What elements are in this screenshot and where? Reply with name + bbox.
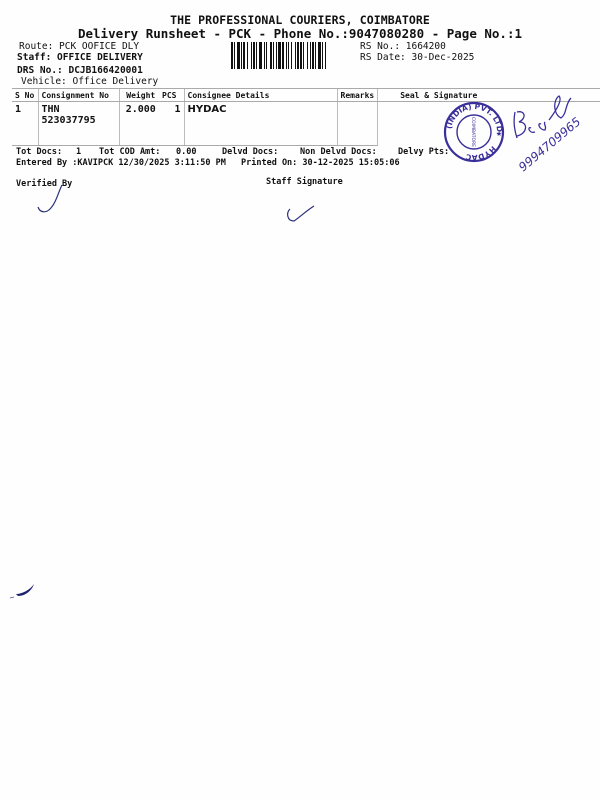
barcode: [231, 42, 358, 69]
ink-mark-icon: [8, 580, 38, 602]
delvy-pts-label: Delvy Pts:: [398, 147, 449, 157]
staff-signature-label: Staff Signature: [266, 177, 343, 187]
svg-text:9994709965: 9994709965: [516, 114, 583, 174]
tot-docs-label: Tot Docs:: [16, 147, 62, 157]
company-title: THE PROFESSIONAL COURIERS, COIMBATORE: [0, 13, 600, 27]
col-consignee-details: Consignee Details: [184, 89, 337, 102]
rs-number: RS No.: 1664200: [360, 41, 446, 52]
col-s-no: S No: [12, 89, 38, 102]
handwritten-signature-icon: 9994709965: [505, 92, 600, 177]
col-pcs: PCS: [162, 89, 184, 102]
rs-date: RS Date: 30-Dec-2025: [360, 52, 474, 63]
col-consignment-no: Consignment No: [38, 89, 119, 102]
verified-signature-icon: [34, 183, 64, 215]
printed-on: Printed On: 30-12-2025 15:05:06: [241, 158, 400, 168]
drs-number: DRS No.: DCJB166420001: [17, 65, 143, 76]
tot-cod-label: Tot COD Amt:: [99, 147, 160, 157]
staff: Staff: OFFICE DELIVERY: [17, 52, 143, 63]
delvd-docs-label: Delvd Docs:: [222, 147, 278, 157]
entered-by: Entered By :KAVIPCK 12/30/2025 3:11:50 P…: [16, 158, 226, 168]
tot-docs-value: 1: [76, 147, 81, 157]
route: Route: PCK OOFICE DLY: [19, 41, 139, 52]
runsheet-title: Delivery Runsheet - PCK - Phone No.:9047…: [0, 26, 600, 41]
staff-signature-icon: [284, 203, 316, 225]
tot-cod-value: 0.00: [176, 147, 196, 157]
svg-text:★: ★: [496, 130, 502, 138]
cell-weight: 2.000: [119, 102, 162, 146]
company-stamp-icon: (INDIA) PVT. LTD. HYDAC COIMBATORE ★: [443, 101, 505, 163]
cell-consignment-no: THN 523037795: [38, 102, 119, 146]
cell-remarks: [337, 102, 378, 146]
col-weight: Weight: [119, 89, 162, 102]
cell-consignee: HYDAC: [184, 102, 337, 146]
col-remarks: Remarks: [337, 89, 378, 102]
cell-pcs: 1: [162, 102, 184, 146]
non-delvd-docs-label: Non Delvd Docs:: [300, 147, 377, 157]
cell-s-no: 1: [12, 102, 38, 146]
vehicle: Vehicle: Office Delivery: [21, 76, 158, 87]
svg-text:COIMBATORE: COIMBATORE: [470, 117, 476, 147]
